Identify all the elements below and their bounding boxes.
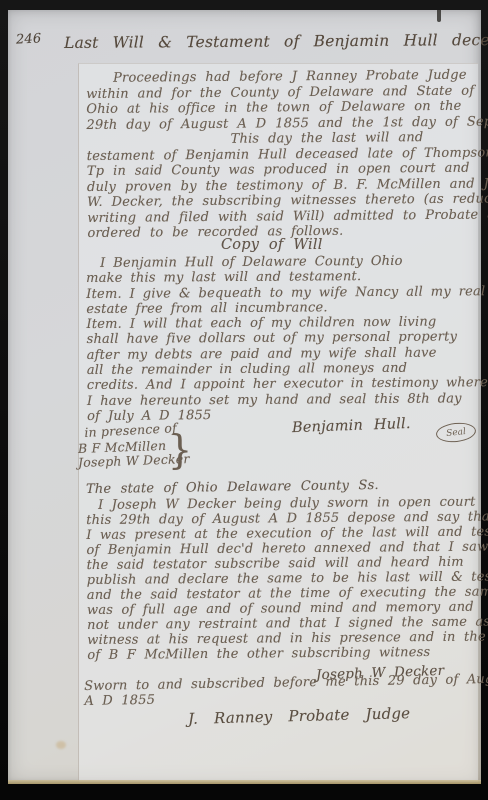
will-body: I Benjamin Hull of Delaware County Ohio …: [86, 253, 469, 424]
handwritten-line: I have hereunto set my hand and seal thi…: [87, 391, 469, 409]
page-number: 246: [16, 31, 42, 47]
copy-of-will-heading: Copy of Will: [221, 237, 323, 253]
handwritten-line: writing and filed with said Will) admitt…: [87, 207, 469, 226]
page-bottom-edge: [8, 780, 481, 784]
binding-mark: [437, 10, 441, 22]
paper-stain: [56, 741, 66, 749]
proceedings-paragraph: Proceedings had before J Ranney Probate …: [86, 68, 469, 242]
affidavit-body: I Joseph W Decker being duly sworn in op…: [86, 495, 472, 663]
handwritten-line: Item. I give & bequeath to my wife Nancy…: [86, 284, 468, 302]
document-page: 246 Last Will & Testament of Benjamin Hu…: [8, 10, 481, 784]
document-title: Last Will & Testament of Benjamin Hull d…: [64, 31, 488, 52]
witness-brace: }: [168, 427, 192, 473]
handwritten-line: after my debts are paid and my wife shal…: [87, 345, 469, 363]
